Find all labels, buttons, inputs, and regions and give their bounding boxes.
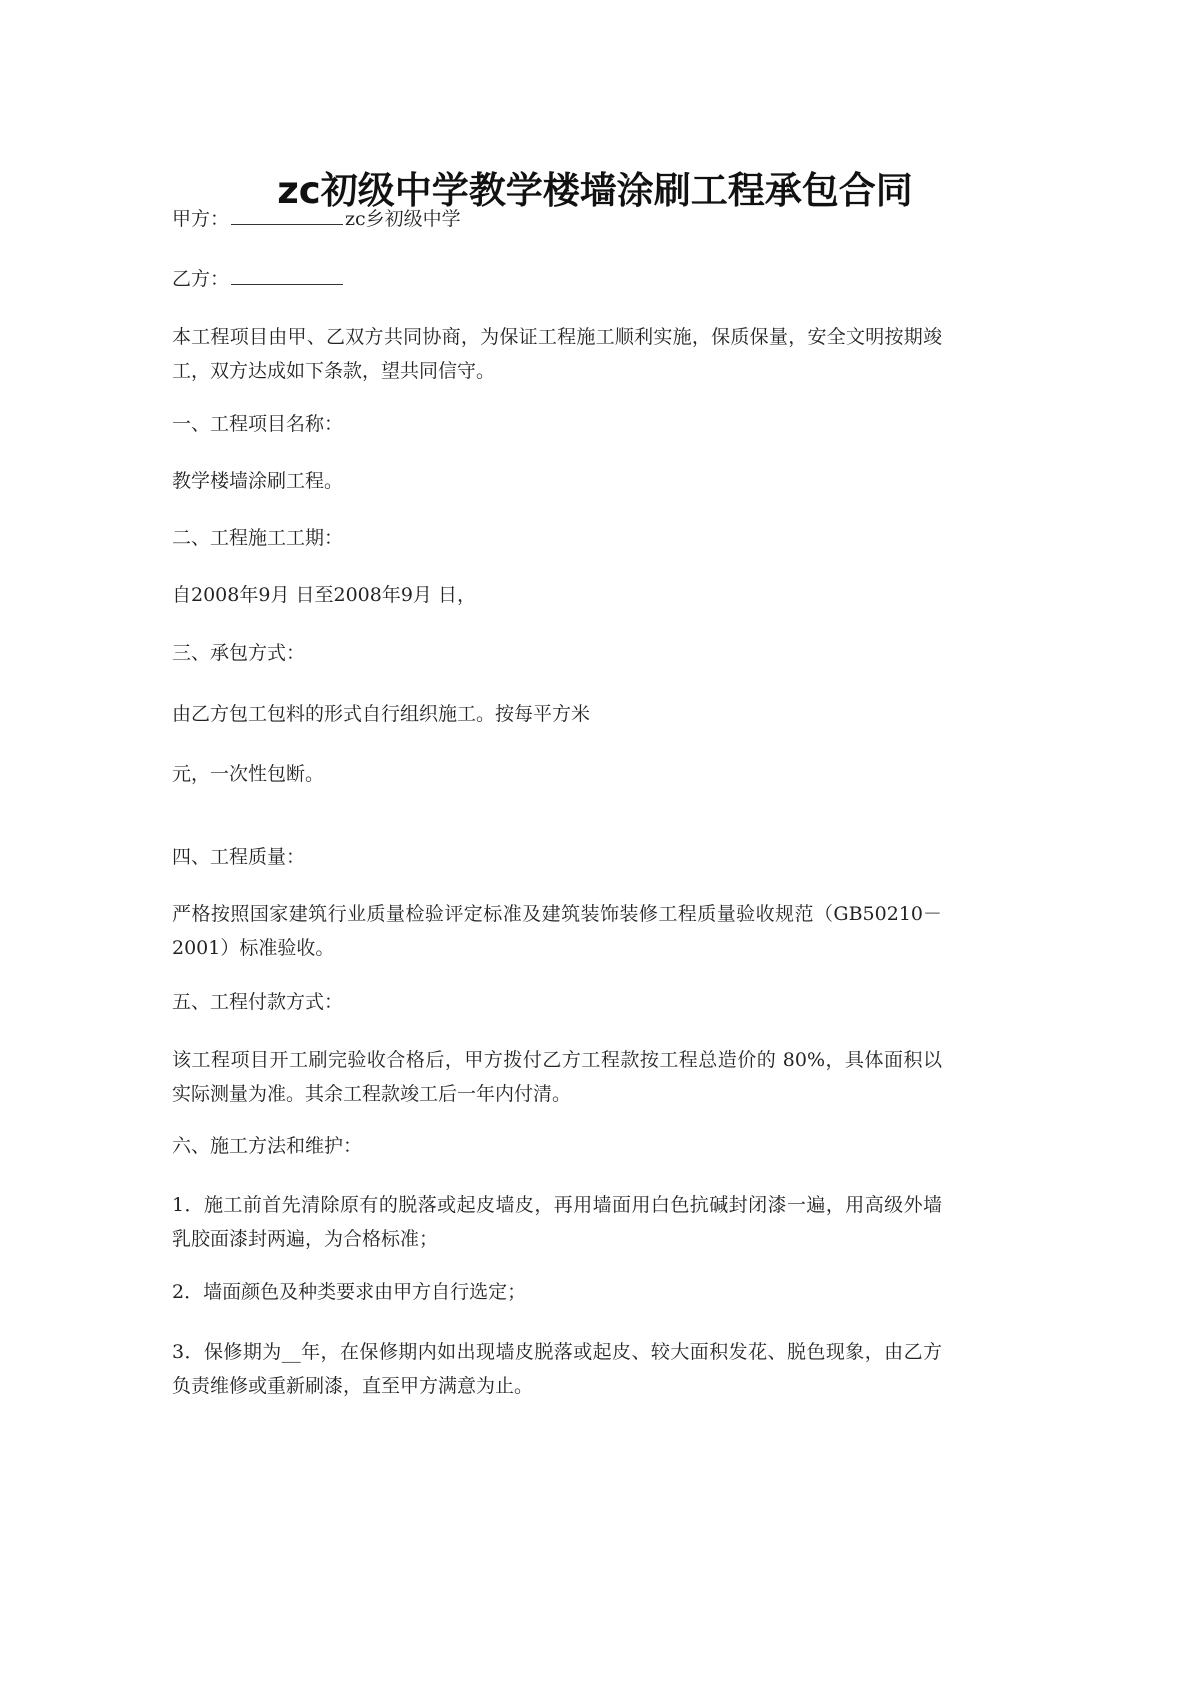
party-b-blank [231, 266, 343, 285]
section-1-heading: 一、工程项目名称： [172, 407, 952, 441]
party-a-value: zc乡初级中学 [345, 208, 461, 230]
section-2-body: 自2008年9月 日至2008年9月 日， [172, 578, 952, 612]
section-1-body: 教学楼墙涂刷工程。 [172, 464, 952, 498]
section-5-heading: 五、工程付款方式： [172, 985, 952, 1019]
section-4-heading: 四、工程质量： [172, 840, 952, 874]
section-6-heading: 六、施工方法和维护： [172, 1129, 952, 1163]
party-b-line: 乙方： [172, 262, 952, 296]
section-6-item-3: 3．保修期为__年，在保修期内如出现墙皮脱落或起皮、较大面积发花、脱色现象，由乙… [172, 1335, 942, 1403]
party-a-label: 甲方： [172, 208, 229, 230]
section-3-heading: 三、承包方式： [172, 636, 952, 670]
party-a-line: 甲方：zc乡初级中学 [172, 202, 952, 236]
section-3-body: 由乙方包工包料的形式自行组织施工。按每平方米 [172, 697, 952, 731]
section-6-item-2: 2．墙面颜色及种类要求由甲方自行选定； [172, 1275, 952, 1309]
section-4-body: 严格按照国家建筑行业质量检验评定标准及建筑装饰装修工程质量验收规范（GB5021… [172, 897, 942, 965]
section-2-heading: 二、工程施工工期： [172, 521, 952, 555]
document-page: zc初级中学教学楼墙涂刷工程承包合同 甲方：zc乡初级中学 乙方： 本工程项目由… [0, 0, 1190, 1683]
intro-paragraph: 本工程项目由甲、乙双方共同协商，为保证工程施工顺利实施，保质保量，安全文明按期竣… [172, 320, 942, 388]
section-3-body-cont: 元，一次性包断。 [172, 757, 952, 791]
party-b-label: 乙方： [172, 268, 229, 290]
section-5-body: 该工程项目开工刷完验收合格后，甲方拨付乙方工程款按工程总造价的 80%，具体面积… [172, 1043, 942, 1111]
section-6-item-1: 1．施工前首先清除原有的脱落或起皮墙皮，再用墙面用白色抗碱封闭漆一遍，用高级外墙… [172, 1188, 942, 1256]
party-a-blank [231, 206, 343, 225]
